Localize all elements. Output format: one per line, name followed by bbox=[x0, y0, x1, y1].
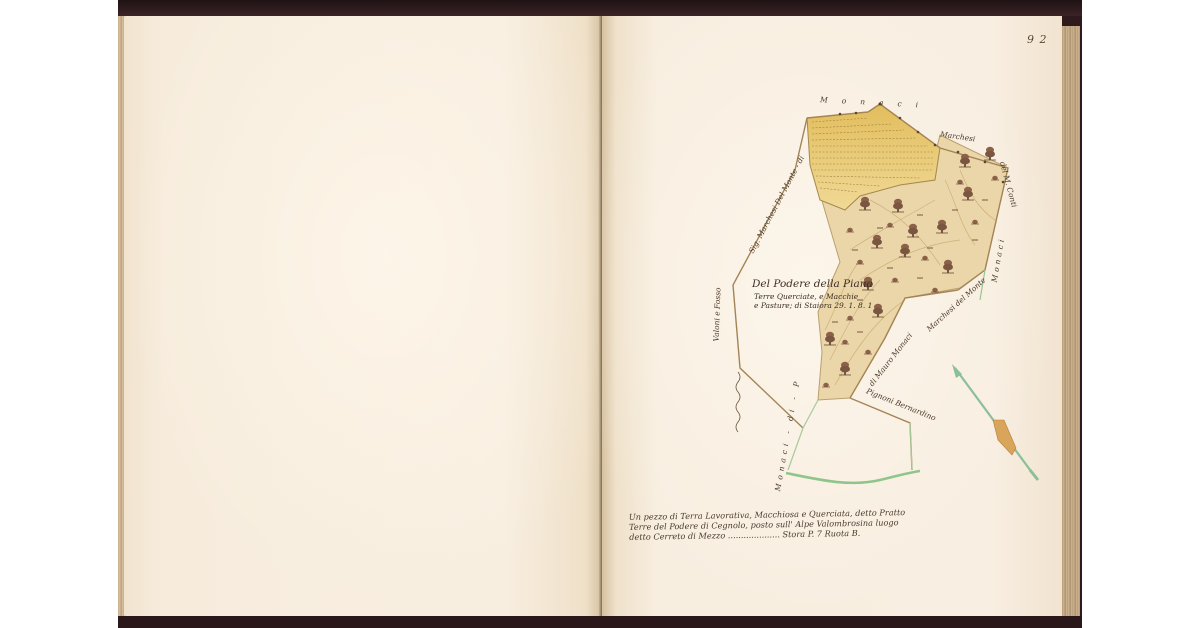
boundary-label-left-lower: Valoni e Fosso bbox=[712, 287, 723, 341]
estate-map bbox=[0, 0, 1200, 628]
map-subtitle-line1: Terre Querciate, e Macchie bbox=[754, 292, 858, 301]
map-title: Del Podere della Piana bbox=[752, 278, 873, 290]
green-boundary bbox=[786, 471, 920, 483]
river-line bbox=[736, 372, 740, 432]
north-arrow-icon bbox=[952, 364, 1038, 480]
map-subtitle-line2: e Pasture; di Staiora 29. 1. 8. 1 bbox=[754, 301, 872, 310]
map-caption: Un pezzo di Terra Lavorativa, Macchiosa … bbox=[629, 508, 849, 542]
